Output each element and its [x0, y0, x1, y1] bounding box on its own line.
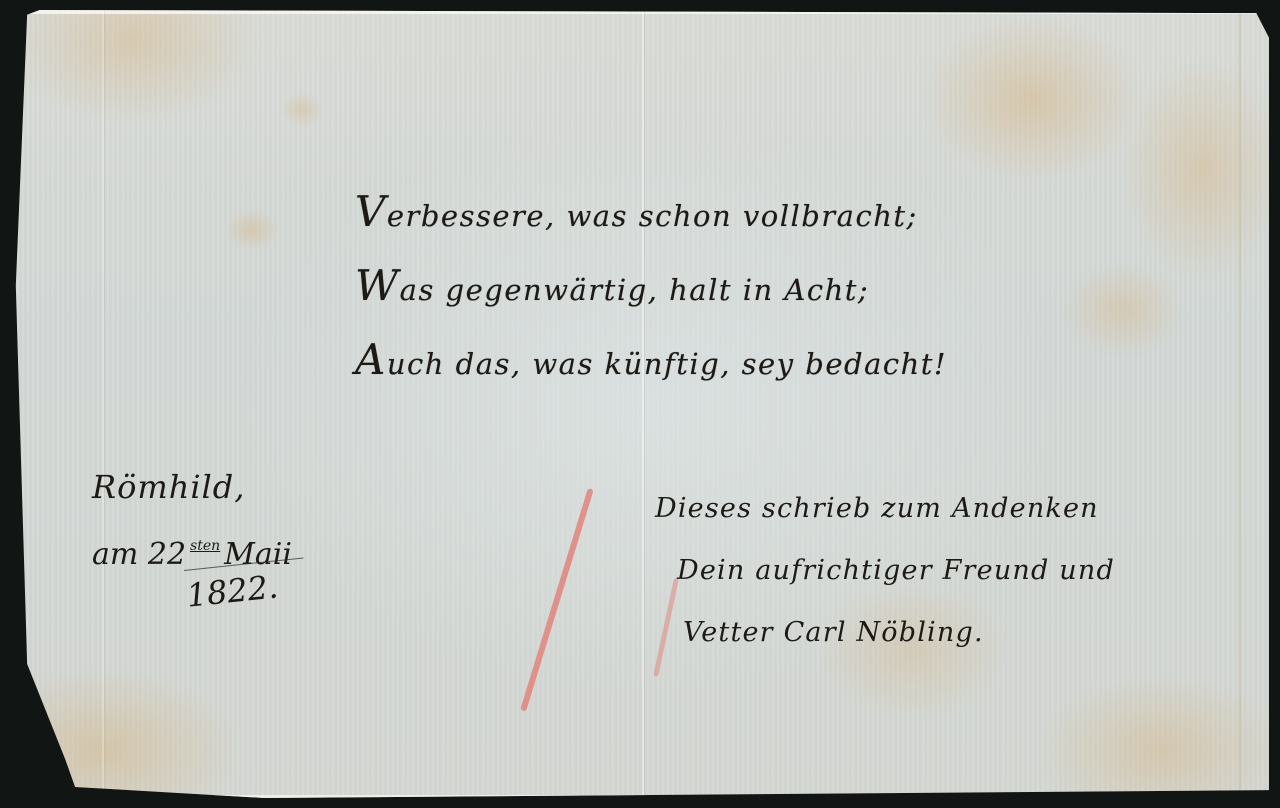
dedication-signature: Vetter Carl Nöbling. — [655, 602, 1115, 664]
date-ordinal: sten — [190, 538, 220, 554]
photo-background: Verbessere, was schon vollbracht; Was ge… — [0, 0, 1280, 808]
verse-line-3: Auch das, was künftig, sey bedacht! — [355, 323, 947, 397]
place-name: Römhild, — [92, 452, 362, 522]
fold-line-left — [102, 10, 104, 798]
verse-line-1: Verbessere, was schon vollbracht; — [355, 175, 947, 249]
place-and-date: Römhild, am 22stenMaii 1822. — [92, 452, 362, 621]
dedication-line-2: Dein aufrichtiger Freund und — [655, 540, 1115, 602]
date-day: am 22 — [92, 537, 186, 572]
paper-edge-bottom — [12, 795, 1274, 798]
paper-sheet — [12, 10, 1274, 798]
dedication-line-1: Dieses schrieb zum Andenken — [655, 478, 1115, 540]
date-year: 1822. — [184, 557, 309, 620]
fold-line-center — [642, 10, 644, 798]
verse-line-2: Was gegenwärtig, halt in Acht; — [355, 249, 947, 323]
fold-line-right — [1238, 10, 1240, 798]
verse-block: Verbessere, was schon vollbracht; Was ge… — [355, 175, 947, 397]
dedication-block: Dieses schrieb zum Andenken Dein aufrich… — [655, 478, 1115, 664]
date-line: am 22stenMaii — [92, 522, 362, 570]
